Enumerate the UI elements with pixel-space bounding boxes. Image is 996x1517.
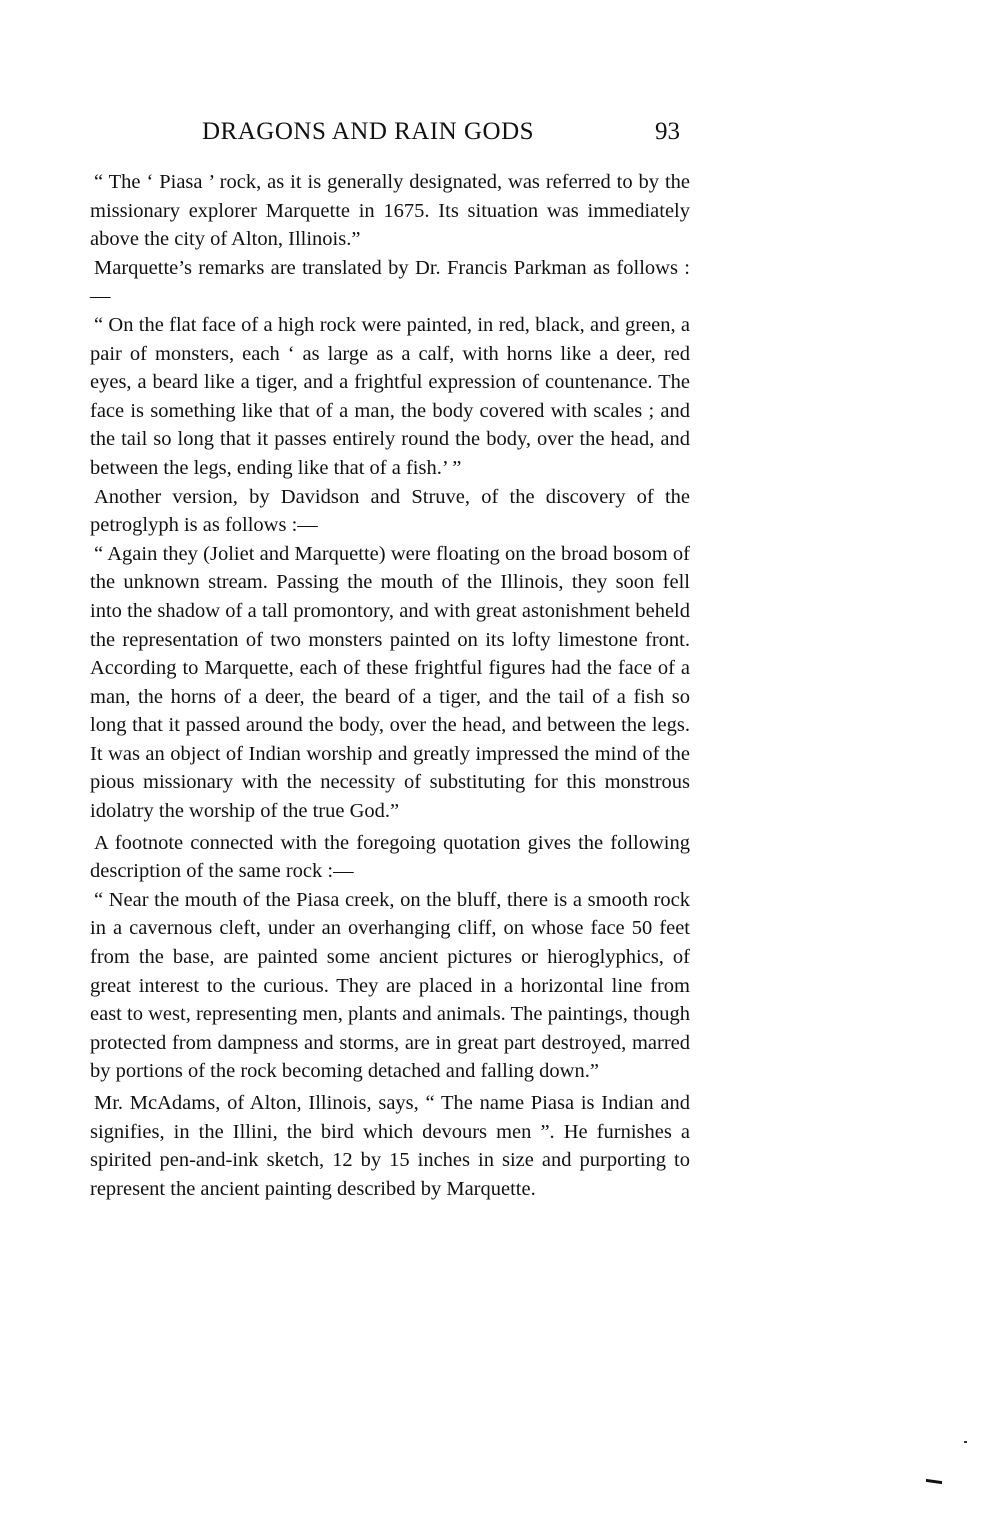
paragraph-davidson-struve-intro: Another version, by Davidson and Struve,… [90, 483, 690, 540]
paragraph-mcadams: Mr. McAdams, of Alton, Illinois, says, “… [90, 1089, 690, 1203]
running-title: DRAGONS AND RAIN GODS [202, 118, 534, 146]
page-number: 93 [655, 118, 680, 146]
scan-artifact-dot [964, 1441, 967, 1443]
scan-artifact-mark [926, 1479, 942, 1484]
paragraph-piasa-rock: “ The ‘ Piasa ’ rock, as it is generally… [90, 168, 690, 254]
running-head: DRAGONS AND RAIN GODS 93 [90, 118, 690, 152]
paragraph-joliet-marquette-quote: “ Again they (Joliet and Marquette) were… [90, 540, 690, 826]
paragraph-marquette-quote: “ On the flat face of a high rock were p… [90, 311, 690, 483]
paragraph-parkman-translation-intro: Marquette’s remarks are translated by Dr… [90, 254, 690, 311]
paragraph-footnote-intro: A footnote connected with the foregoing … [90, 829, 690, 886]
body-text: “ The ‘ Piasa ’ rock, as it is generally… [90, 168, 690, 1203]
paragraph-piasa-creek-quote: “ Near the mouth of the Piasa creek, on … [90, 886, 690, 1086]
